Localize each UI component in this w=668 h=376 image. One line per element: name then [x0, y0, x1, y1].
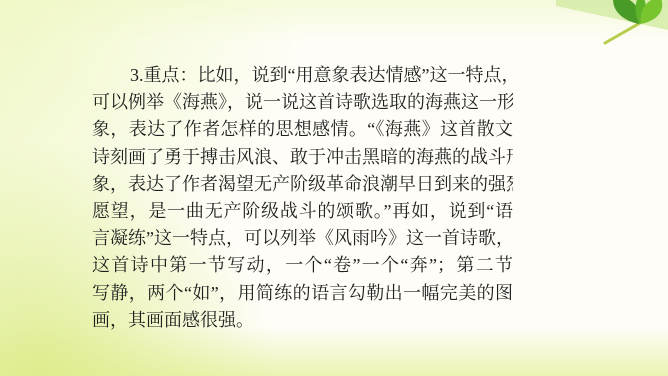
text-line: 象，表达了作者怎样的思想感情。“《海燕》这首散文: [92, 116, 513, 143]
slide-canvas: 3.重点：比如，说到“用意象表达情感”这一特点， 可以例举《海燕》，说一说这首诗…: [0, 0, 668, 376]
leaf-icon: [556, 0, 668, 62]
text-line: 愿望，是一曲无产阶级战斗的颂歌。”再如，说到“语: [92, 198, 513, 225]
leaf-graphic: [556, 0, 668, 62]
text-line: 写静，两个“如”，用简练的语言勾勒出一幅完美的图: [92, 280, 513, 307]
text-line: 象，表达了作者渴望无产阶级革命浪潮早日到来的强烈: [92, 171, 513, 198]
body-text: 3.重点：比如，说到“用意象表达情感”这一特点， 可以例举《海燕》，说一说这首诗…: [92, 62, 513, 334]
text-line: 可以例举《海燕》，说一说这首诗歌选取的海燕这一形: [92, 89, 513, 116]
text-line: 3.重点：比如，说到“用意象表达情感”这一特点，: [92, 62, 513, 89]
text-line: 画，其画面感很强。: [92, 307, 513, 334]
text-line: 这首诗中第一节写动，一个“卷”一个“奔”；第二节: [92, 252, 513, 279]
text-line: 诗刻画了勇于搏击风浪、敢于冲击黑暗的海燕的战斗形: [92, 144, 513, 171]
text-line: 言凝练”这一特点，可以列举《风雨吟》这一首诗歌，: [92, 225, 513, 252]
